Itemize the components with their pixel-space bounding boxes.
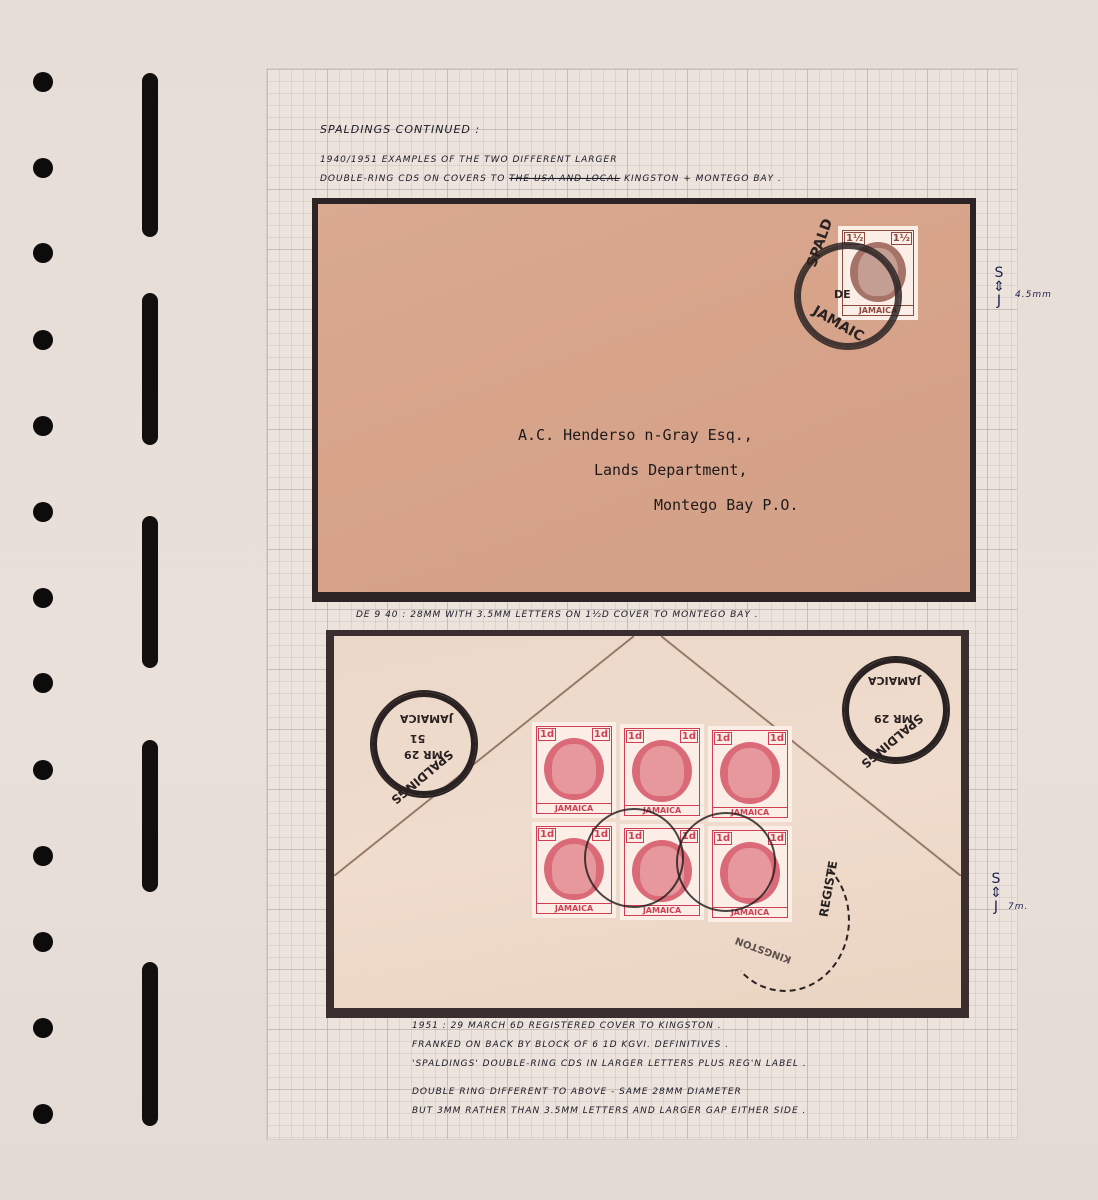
- cover-2-caption-2: Franked on Back by Block of 6 1d KGVI. D…: [412, 1040, 729, 1050]
- postmark-year: 51: [410, 732, 425, 745]
- address-line-3: Montego Bay P.O.: [654, 496, 799, 514]
- stamp-block-stamp: 1d1dJAMAICA: [620, 724, 704, 820]
- header-line-2: Double-Ring CDS on Covers to The USA and…: [320, 174, 782, 184]
- measure-2: S ⇕ J: [986, 872, 1006, 914]
- double-arrow-icon: ⇕: [989, 280, 1009, 294]
- album-page: Spaldings Continued : 1940/1951 Examples…: [0, 0, 1098, 1200]
- postmark-country: JAMAICA: [400, 712, 453, 725]
- address-line-1: A.C. Henderso n-Gray Esq.,: [518, 426, 753, 444]
- binder-slot: [142, 516, 158, 668]
- cover-2-caption-3: 'Spaldings' Double-Ring CDS in Larger Le…: [412, 1059, 807, 1069]
- binder-slot: [142, 293, 158, 445]
- binder-hole: [33, 72, 53, 92]
- header-line-2-suffix: Kingston + Montego Bay .: [620, 174, 782, 184]
- binder-hole: [33, 1018, 53, 1038]
- cover-1-mount: 1½ 1½ JAMAICA SPALD DE JAMAIC A.C. Hende…: [312, 198, 976, 602]
- stamp-block-stamp: 1d1dJAMAICA: [532, 722, 616, 818]
- measure-from: S: [989, 266, 1009, 280]
- stamp-block-stamp: 1d1dJAMAICA: [708, 726, 792, 822]
- binder-hole: [33, 330, 53, 350]
- postmark-country: JAMAICA: [868, 674, 921, 687]
- binder-hole: [33, 243, 53, 263]
- measure-1: S ⇕ J: [989, 266, 1009, 308]
- binder-hole: [33, 760, 53, 780]
- binder-hole: [33, 588, 53, 608]
- page-title: Spaldings Continued :: [320, 123, 480, 136]
- binder-hole: [33, 846, 53, 866]
- cover-2-envelope: JAMAICA 51 MR 29 SPALDINGS JAMAICA MR 29…: [334, 636, 961, 1008]
- binder-hole: [33, 502, 53, 522]
- header-line-1: 1940/1951 Examples of the Two Different …: [320, 155, 617, 165]
- double-arrow-icon: ⇕: [986, 886, 1006, 900]
- measure-2-value: 7m.: [1008, 902, 1028, 912]
- cover-1-envelope: 1½ 1½ JAMAICA SPALD DE JAMAIC A.C. Hende…: [318, 204, 970, 592]
- address-line-2: Lands Department,: [594, 461, 748, 479]
- cover-2-note-1: Double Ring Different to Above - Same 28…: [412, 1087, 742, 1097]
- binder-hole: [33, 932, 53, 952]
- measure-from: S: [986, 872, 1006, 886]
- measure-to: J: [986, 900, 1006, 914]
- measure-to: J: [989, 294, 1009, 308]
- cover-2-note-2: But 3mm Rather Than 3.5mm Letters and La…: [412, 1106, 806, 1116]
- binder-slot: [142, 740, 158, 892]
- binder-slot: [142, 73, 158, 237]
- binder-hole: [33, 673, 53, 693]
- binder-hole: [33, 1104, 53, 1124]
- cover-2-mount: JAMAICA 51 MR 29 SPALDINGS JAMAICA MR 29…: [326, 630, 969, 1018]
- block-cancel: [584, 808, 684, 908]
- cover-1-caption: DE 9 40 : 28mm With 3.5mm Letters on 1½d…: [356, 610, 759, 620]
- cover-2-postmark-right: [842, 656, 950, 764]
- stamp-value: 1½: [891, 232, 912, 245]
- header-line-2-struck: The USA and Local: [509, 174, 620, 184]
- postmark-date: DE: [834, 288, 851, 301]
- binder-hole: [33, 158, 53, 178]
- binder-hole: [33, 416, 53, 436]
- cover-2-caption-1: 1951 : 29 March 6d Registered Cover to K…: [412, 1021, 722, 1031]
- header-line-2-prefix: Double-Ring CDS on Covers to: [320, 174, 509, 184]
- binder-slot: [142, 962, 158, 1126]
- measure-1-value: 4.5mm: [1015, 290, 1052, 300]
